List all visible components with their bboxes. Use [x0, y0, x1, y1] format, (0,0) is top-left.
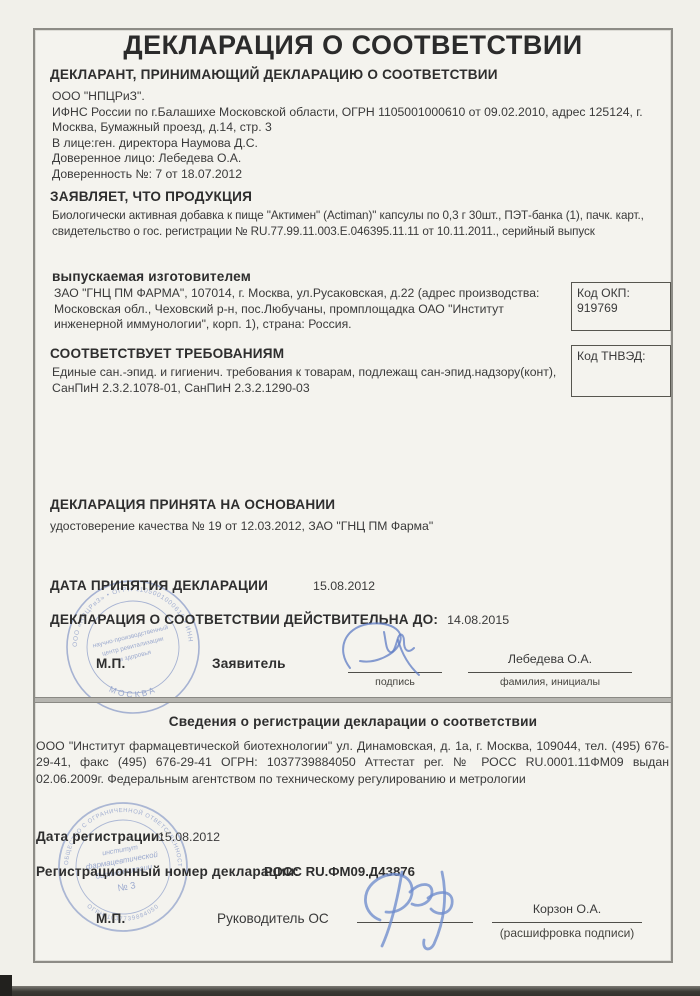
manufacturer-heading: выпускаемая изготовителем	[52, 269, 251, 284]
registration-date-label: Дата регистрации:	[36, 829, 164, 844]
okp-label: Код ОКП:	[577, 286, 670, 301]
applicant-name-caption: фамилия, инициалы	[468, 676, 632, 688]
npcriz-round-stamp: ООО «НПЦРиЗ» • ОГРН 1105001000610 • ИНН …	[63, 577, 203, 717]
mp-mark-applicant: М.П.	[96, 656, 125, 671]
basis-text: удостоверение качества № 19 от 12.03.201…	[50, 519, 650, 535]
product-heading: ЗАЯВЛЯЕТ, ЧТО ПРОДУКЦИЯ	[50, 189, 252, 204]
declarant-heading: ДЕКЛАРАНТ, ПРИНИМАЮЩИЙ ДЕКЛАРАЦИЮ О СООТ…	[50, 67, 498, 82]
tnved-code-box: Код ТНВЭД:	[571, 345, 671, 397]
certifier-name: Корзон О.А.	[492, 902, 642, 916]
stamp-number: № 3	[117, 880, 137, 894]
registration-number-label: Регистрационный номер декларации:	[36, 864, 299, 879]
registration-heading: Сведения о регистрации декларации о соот…	[35, 714, 671, 729]
certifier-name-caption: (расшифровка подписи)	[492, 926, 642, 940]
applicant-role-label: Заявитель	[212, 656, 286, 671]
adoption-date-value: 15.08.2012	[313, 579, 375, 593]
compliance-text: Единые сан.-эпид. и гигиенич. требования…	[52, 365, 568, 396]
section-separator	[35, 697, 671, 703]
compliance-heading: СООТВЕТСТВУЕТ ТРЕБОВАНИЯМ	[50, 346, 284, 361]
tnved-label: Код ТНВЭД:	[577, 349, 670, 364]
scanned-declaration-document: ООО «НПЦРиЗ» • ОГРН 1105001000610 • ИНН …	[0, 0, 700, 996]
adoption-date-label: ДАТА ПРИНЯТИЯ ДЕКЛАРАЦИИ	[50, 578, 268, 593]
adoption-date-row: ДАТА ПРИНЯТИЯ ДЕКЛАРАЦИИ 15.08.2012	[50, 578, 375, 593]
applicant-name: Лебедева О.А.	[468, 652, 632, 666]
scanner-edge-shadow	[0, 986, 700, 996]
manufacturer-text: ЗАО "ГНЦ ПМ ФАРМА", 107014, г. Москва, у…	[54, 286, 570, 333]
certifier-signature	[350, 858, 490, 956]
product-text: Биологически активная добавка к пище "Ак…	[52, 208, 672, 239]
applicant-name-line	[468, 672, 632, 673]
declarant-text: ООО "НПЦРиЗ". ИФНС России по г.Балашихе …	[52, 89, 674, 183]
okp-value: 919769	[577, 301, 670, 316]
registration-body: ООО "Институт фармацевтической биотехнол…	[36, 738, 669, 787]
scanner-corner-artifact	[0, 975, 12, 996]
okp-code-box: Код ОКП: 919769	[571, 282, 671, 331]
mp-mark-certifier: М.П.	[96, 911, 125, 926]
registration-date-value: 15.08.2012	[158, 830, 220, 844]
certifier-role-label: Руководитель ОС	[217, 911, 329, 926]
page-title: ДЕКЛАРАЦИЯ О СООТВЕТСТВИИ	[35, 30, 671, 61]
applicant-signature	[328, 614, 458, 686]
certifier-name-line	[492, 922, 642, 923]
basis-heading: ДЕКЛАРАЦИЯ ПРИНЯТА НА ОСНОВАНИИ	[50, 497, 335, 512]
